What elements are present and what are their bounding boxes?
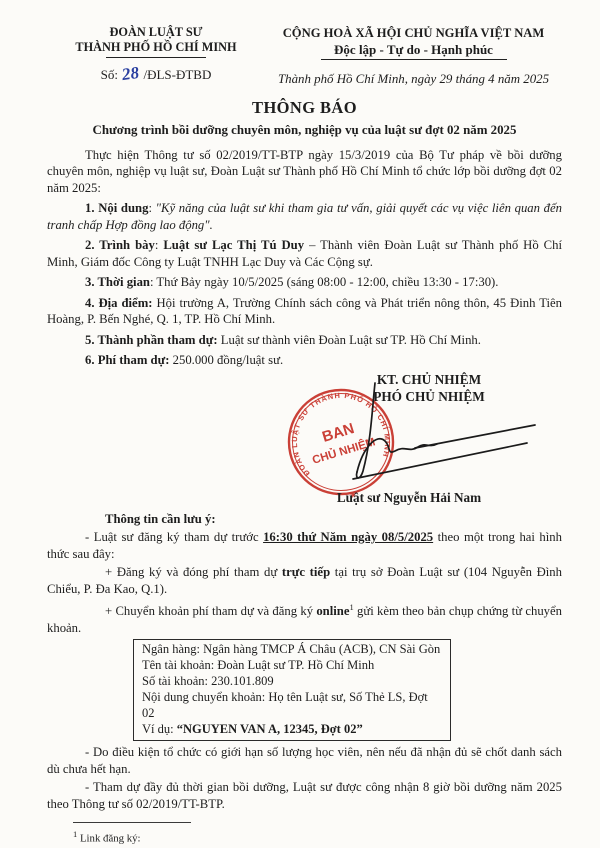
item3-label: 3. Thời gian — [85, 275, 150, 289]
item6-rest: 250.000 đồng/luật sư. — [169, 353, 283, 367]
org-underline — [106, 57, 206, 58]
note-capacity-limit: - Do điều kiện tổ chức có giới hạn số lư… — [47, 744, 562, 777]
place-date-line: Thành phố Hồ Chí Minh, ngày 29 tháng 4 n… — [265, 71, 562, 88]
document-number: Số: 28 /ĐLS-ĐTBD — [47, 67, 265, 84]
document-header: ĐOÀN LUẬT SƯ THÀNH PHỐ HỒ CHÍ MINH Số: 2… — [47, 25, 562, 88]
document-subtitle: Chương trình bồi dưỡng chuyên môn, nghiệ… — [47, 122, 562, 139]
item-noi-dung: 1. Nội dung: "Kỹ năng của luật sư khi th… — [47, 200, 562, 233]
notes-heading: Thông tin cần lưu ý: — [105, 511, 562, 528]
stamp-center-line1: BAN — [320, 420, 356, 446]
bank-info-box: Ngân hàng: Ngân hàng TMCP Á Châu (ACB), … — [133, 639, 451, 741]
footnote-separator — [73, 822, 191, 823]
org-name-line1: ĐOÀN LUẬT SƯ — [47, 25, 265, 40]
footnote-label: Link đăng ký: — [77, 833, 140, 845]
item1-sep: : — [148, 201, 155, 215]
item2-speaker: Luật sư Lạc Thị Tú Duy — [163, 238, 304, 252]
note1-pre: - Luật sư đăng ký tham dự trước — [85, 530, 263, 544]
national-motto: Độc lập - Tự do - Hạnh phúc — [265, 41, 562, 58]
note-credit-hours: - Tham dự đầy đủ thời gian bồi dưỡng, Lu… — [47, 779, 562, 812]
bank-name-line: Ngân hàng: Ngân hàng TMCP Á Châu (ACB), … — [142, 641, 442, 657]
document-page: ĐOÀN LUẬT SƯ THÀNH PHỐ HỒ CHÍ MINH Số: 2… — [0, 0, 600, 848]
transfer-content-line: Nội dung chuyển khoản: Họ tên Luật sư, S… — [142, 689, 442, 721]
stamp-inner-ring — [283, 383, 399, 499]
national-title: CỘNG HOÀ XÃ HỘI CHỦ NGHĨA VIỆT NAM — [265, 25, 562, 41]
national-motto-block: CỘNG HOÀ XÃ HỘI CHỦ NGHĨA VIỆT NAM Độc l… — [265, 25, 562, 88]
item-dia-diem: 4. Địa điểm: Hội trường A, Trường Chính … — [47, 295, 562, 328]
stamp-and-signature: ĐOÀN LUẬT SƯ THÀNH PHỐ HỒ CHÍ MINH ★ BAN… — [275, 381, 565, 503]
transfer-example-line: Ví dụ: “NGUYEN VAN A, 12345, Đợt 02” — [142, 721, 442, 737]
item5-label: 5. Thành phần tham dự: — [85, 333, 218, 347]
item1-label: 1. Nội dung — [85, 201, 148, 215]
item-thoi-gian: 3. Thời gian: Thứ Bảy ngày 10/5/2025 (sá… — [47, 274, 562, 291]
footnote-text: 1 Link đăng ký: — [73, 826, 562, 847]
document-number-suffix: /ĐLS-ĐTBD — [143, 67, 211, 82]
item-thanh-phan: 5. Thành phần tham dự: Luật sư thành viê… — [47, 332, 562, 349]
item2-label: 2. Trình bày — [85, 238, 155, 252]
note2-bold: trực tiếp — [282, 565, 330, 579]
item-trinh-bay: 2. Trình bày: Luật sư Lạc Thị Tú Duy – T… — [47, 237, 562, 270]
account-number-line: Số tài khoản: 230.101.809 — [142, 673, 442, 689]
item-phi-tham-du: 6. Phí tham dự: 250.000 đồng/luật sư. — [47, 352, 562, 369]
org-name-line2: THÀNH PHỐ HỒ CHÍ MINH — [47, 40, 265, 55]
handwritten-signature-icon — [353, 383, 535, 479]
document-number-label: Số: — [101, 67, 118, 82]
motto-underline — [321, 59, 507, 60]
example-label: Ví dụ: — [142, 722, 177, 736]
footnote-block: 1 Link đăng ký: — [73, 822, 562, 847]
issuing-org-block: ĐOÀN LUẬT SƯ THÀNH PHỐ HỒ CHÍ MINH Số: 2… — [47, 25, 265, 88]
handwritten-number: 28 — [122, 68, 140, 80]
note3-bold: online — [316, 604, 349, 618]
account-name-line: Tên tài khoản: Đoàn Luật sư TP. Hồ Chí M… — [142, 657, 442, 673]
document-title: THÔNG BÁO — [47, 100, 562, 117]
signer-name: Luật sư Nguyễn Hải Nam — [290, 490, 528, 507]
item5-rest: Luật sư thành viên Đoàn Luật sư TP. Hồ C… — [218, 333, 481, 347]
item4-label: 4. Địa điểm: — [85, 296, 153, 310]
signature-block: KT. CHỦ NHIỆM PHÓ CHỦ NHIỆM ĐOÀN LUẬT SƯ… — [47, 369, 562, 507]
example-value: “NGUYEN VAN A, 12345, Đợt 02” — [177, 722, 363, 736]
intro-paragraph: Thực hiện Thông tư số 02/2019/TT-BTP ngà… — [47, 147, 562, 197]
item3-rest: : Thứ Bảy ngày 10/5/2025 (sáng 08:00 - 1… — [150, 275, 498, 289]
note-register-in-person: + Đăng ký và đóng phí tham dự trực tiếp … — [47, 564, 562, 597]
item6-label: 6. Phí tham dự: — [85, 353, 169, 367]
note3-pre: + Chuyển khoản phí tham dự và đăng ký — [105, 604, 316, 618]
note-register-online: + Chuyển khoản phí tham dự và đăng ký on… — [47, 599, 562, 636]
note1-deadline: 16:30 thứ Năm ngày 08/5/2025 — [263, 530, 433, 544]
note-registration-deadline: - Luật sư đăng ký tham dự trước 16:30 th… — [47, 529, 562, 562]
note2-pre: + Đăng ký và đóng phí tham dự — [105, 565, 282, 579]
